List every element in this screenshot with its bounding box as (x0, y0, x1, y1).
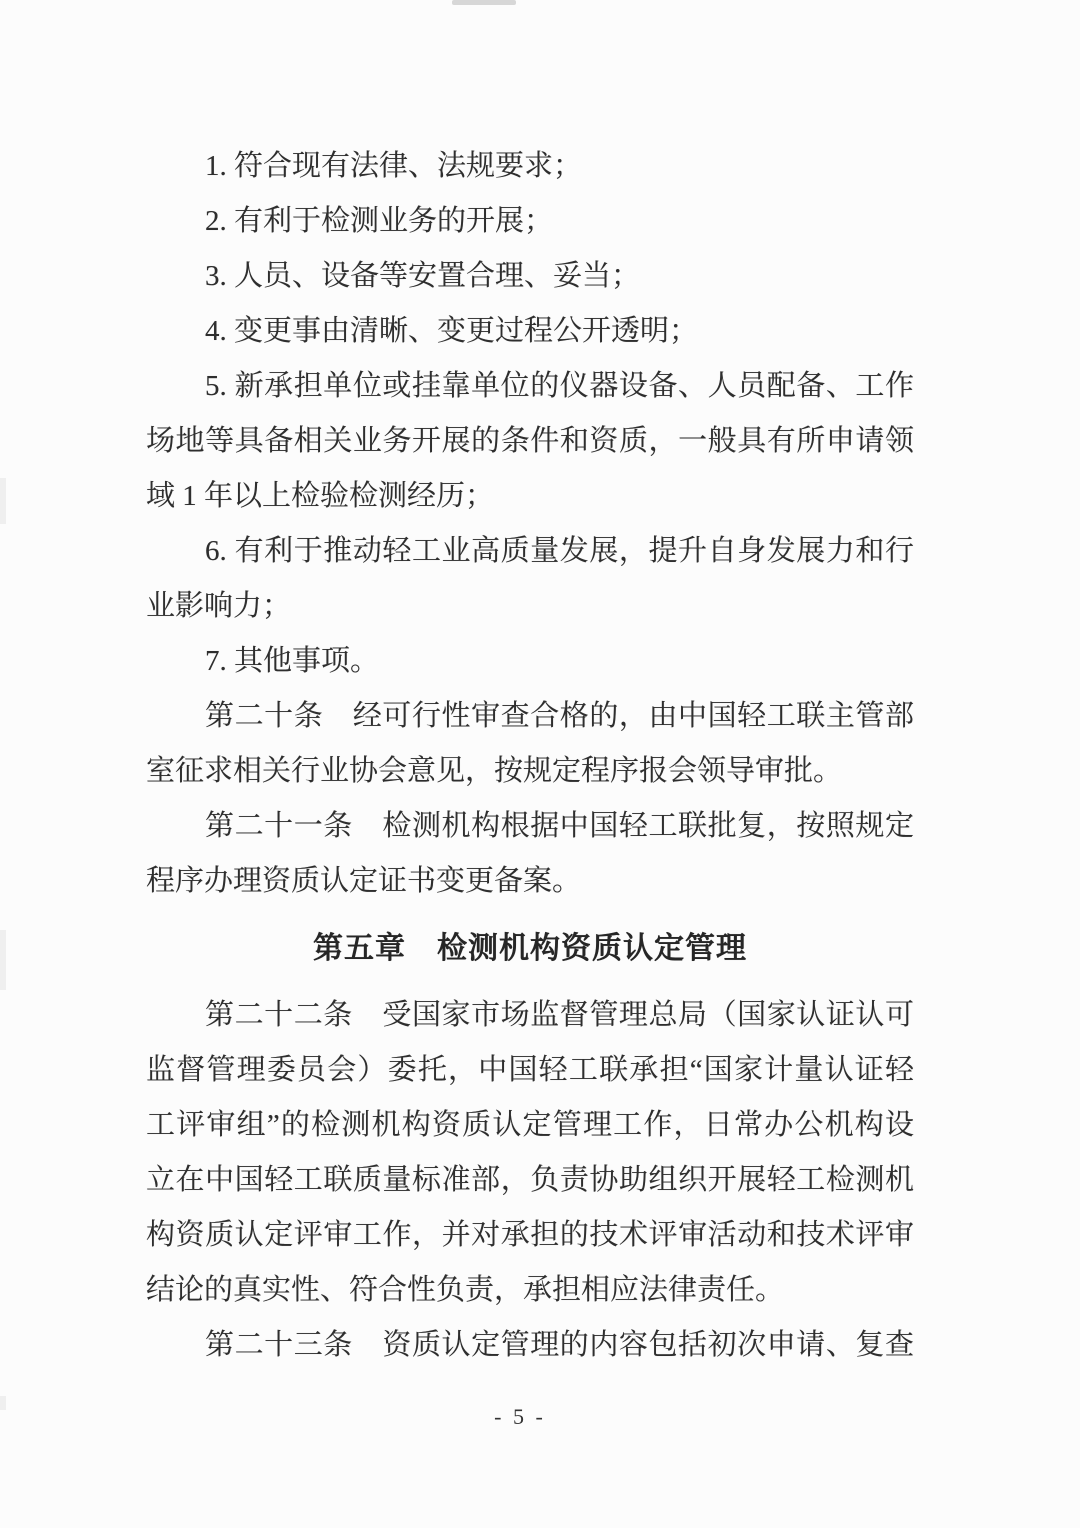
scan-artifact-left (0, 930, 6, 990)
page-number: - 5 - (0, 1404, 1040, 1430)
article-20-line: 第二十条 经可行性审查合格的，由中国轻工联主管部 (146, 689, 914, 744)
article-21-line: 程序办理资质认定证书变更备案。 (146, 854, 914, 909)
article-22-line: 构资质认定评审工作，并对承担的技术评审活动和技术评审 (146, 1208, 914, 1263)
list-item-6-line: 业影响力； (146, 579, 914, 634)
article-21-line: 第二十一条 检测机构根据中国轻工联批复，按照规定 (146, 799, 914, 854)
scan-artifact-left (0, 478, 6, 524)
document-body: 1. 符合现有法律、法规要求； 2. 有利于检测业务的开展； 3. 人员、设备等… (146, 139, 914, 1373)
scan-artifact-top (452, 0, 516, 5)
article-22-line: 第二十二条 受国家市场监督管理总局（国家认证认可 (146, 988, 914, 1043)
article-22-line: 立在中国轻工联质量标准部，负责协助组织开展轻工检测机 (146, 1153, 914, 1208)
list-item-1-line: 1. 符合现有法律、法规要求； (146, 139, 914, 194)
list-item-5-line: 5. 新承担单位或挂靠单位的仪器设备、人员配备、工作 (146, 359, 914, 414)
article-22-line: 工评审组”的检测机构资质认定管理工作，日常办公机构设 (146, 1098, 914, 1153)
article-20-line: 室征求相关行业协会意见，按规定程序报会领导审批。 (146, 744, 914, 799)
list-item-4-line: 4. 变更事由清晰、变更过程公开透明； (146, 304, 914, 359)
list-item-7-line: 7. 其他事项。 (146, 634, 914, 689)
list-item-6-line: 6. 有利于推动轻工业高质量发展，提升自身发展力和行 (146, 524, 914, 579)
article-23-line: 第二十三条 资质认定管理的内容包括初次申请、复查 (146, 1318, 914, 1373)
list-item-3-line: 3. 人员、设备等安置合理、妥当； (146, 249, 914, 304)
document-page: 1. 符合现有法律、法规要求； 2. 有利于检测业务的开展； 3. 人员、设备等… (0, 0, 1080, 1528)
chapter-heading: 第五章 检测机构资质认定管理 (146, 921, 914, 976)
article-22-line: 监督管理委员会）委托，中国轻工联承担“国家计量认证轻 (146, 1043, 914, 1098)
list-item-5-line: 域 1 年以上检验检测经历； (146, 469, 914, 524)
list-item-5-line: 场地等具备相关业务开展的条件和资质，一般具有所申请领 (146, 414, 914, 469)
list-item-2-line: 2. 有利于检测业务的开展； (146, 194, 914, 249)
article-22-line: 结论的真实性、符合性负责，承担相应法律责任。 (146, 1263, 914, 1318)
